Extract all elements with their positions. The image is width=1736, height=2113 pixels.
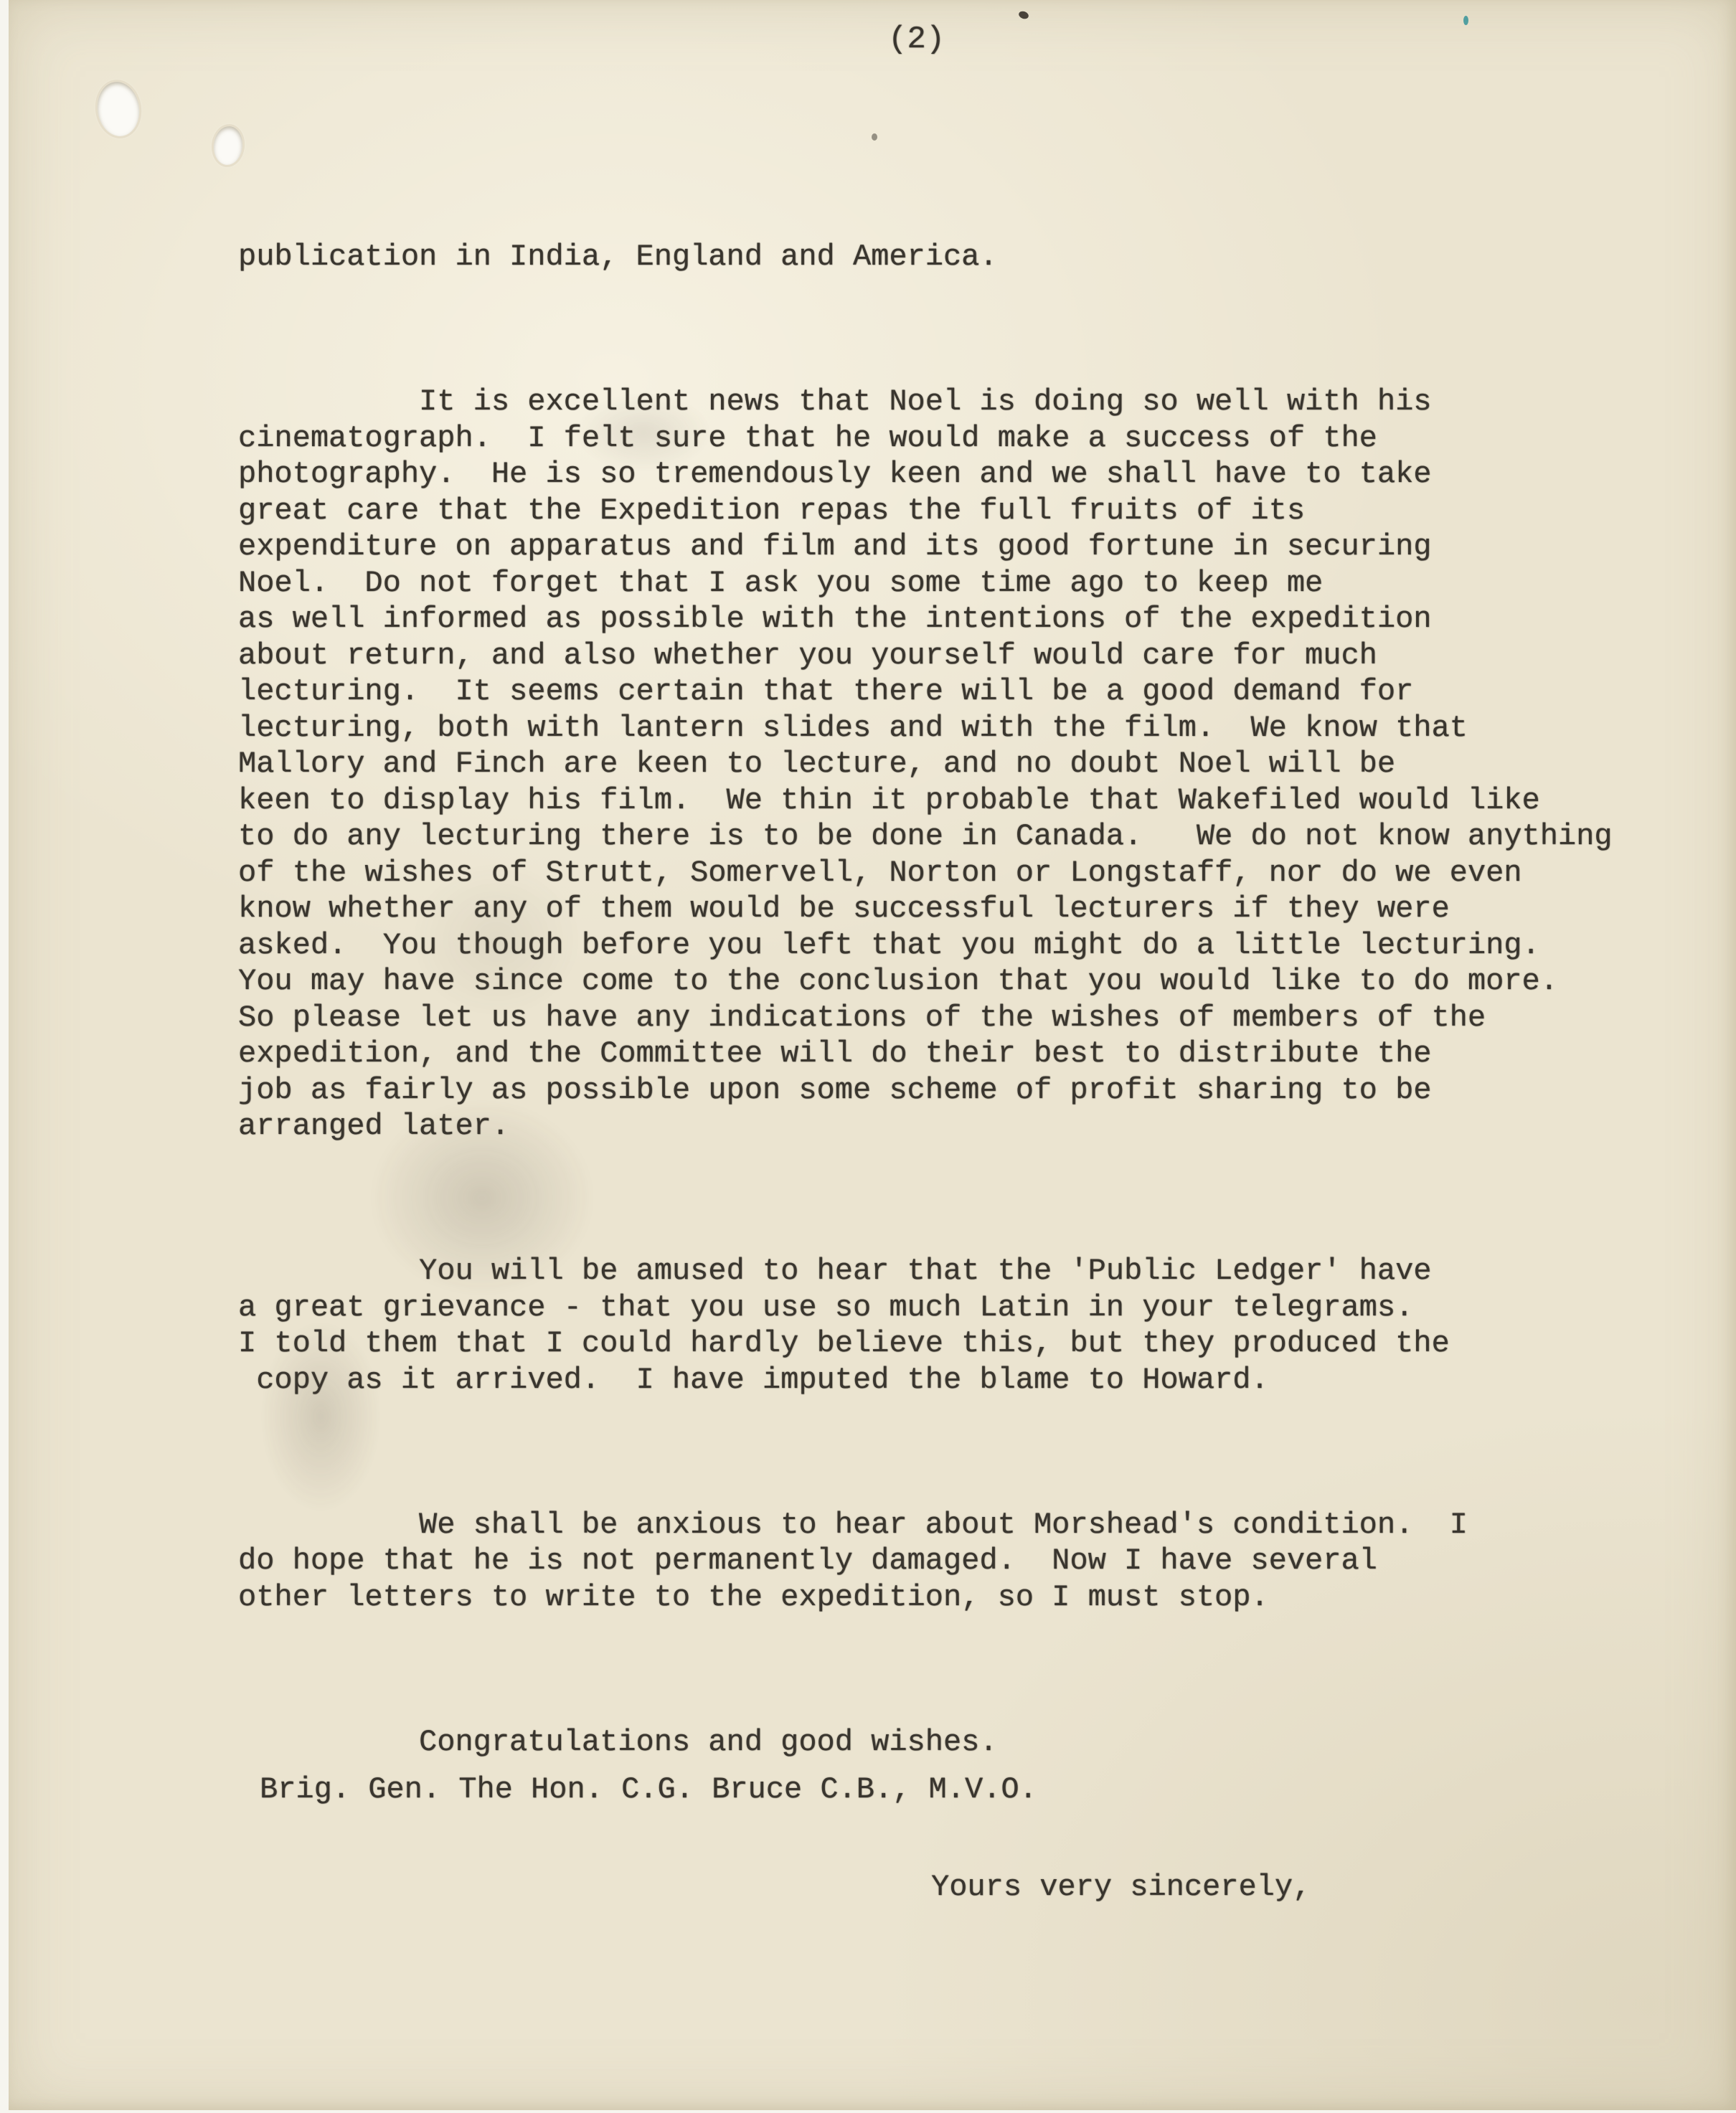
paragraph: We shall be anxious to hear about Morshe… bbox=[238, 1507, 1613, 1616]
ink-speck bbox=[1018, 10, 1030, 20]
addressee-line: Brig. Gen. The Hon. C.G. Bruce C.B., M.V… bbox=[260, 1772, 1037, 1808]
punch-hole bbox=[212, 125, 244, 166]
paragraph: Congratulations and good wishes. bbox=[238, 1724, 1613, 1761]
paragraph: You will be amused to hear that the 'Pub… bbox=[238, 1253, 1613, 1398]
letter-page: (2) publication in India, England and Am… bbox=[9, 0, 1736, 2110]
paragraph: It is excellent news that Noel is doing … bbox=[238, 384, 1613, 1145]
letter-body: publication in India, England and Americ… bbox=[238, 166, 1613, 1977]
page-number: (2) bbox=[888, 22, 945, 57]
valediction: Yours very sincerely, bbox=[931, 1869, 1613, 1906]
ink-speck bbox=[872, 133, 877, 141]
continuation-line: publication in India, England and Americ… bbox=[238, 239, 1613, 275]
ink-speck bbox=[1463, 16, 1468, 25]
scan-background: { "page": { "number": "(2)", "paper_colo… bbox=[0, 0, 1736, 2113]
punch-hole bbox=[94, 79, 143, 138]
